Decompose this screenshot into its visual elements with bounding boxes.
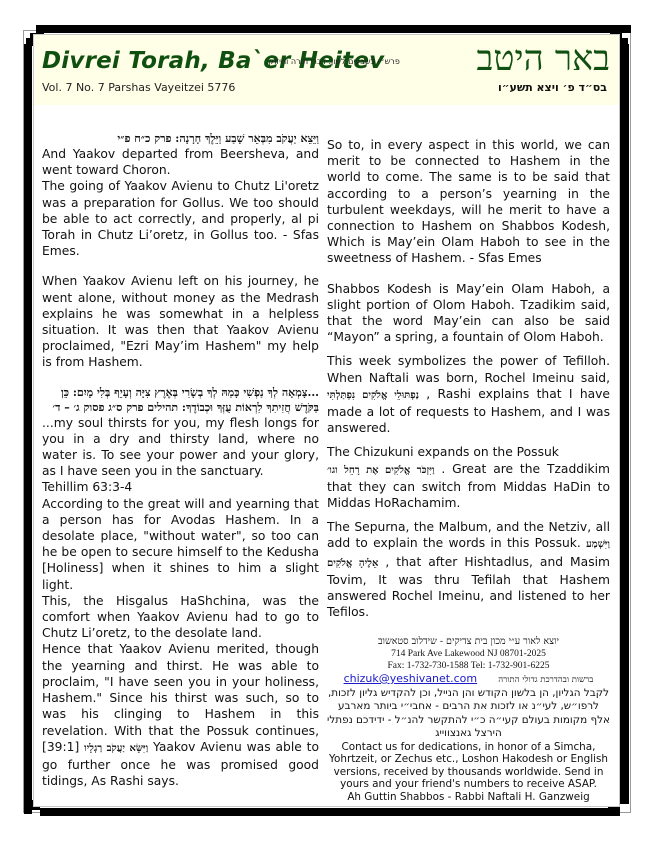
verse-hebrew-2: ...צָמְאָה לְךָ נַפְשִׁי כָּמַהּ לְךָ בְ… — [42, 385, 319, 415]
paragraph-shabbos-kodesh: Shabbos Kodesh is May’ein Olam Haboh, a … — [327, 281, 610, 346]
paragraph-world-to-come: So to, in every aspect in this world, we… — [327, 137, 610, 267]
verse-hebrew-1: וַיֵּצֵא יַעֲקֹב מִבְּאֵר שָׁבַע וַיֵּלֶ… — [42, 131, 319, 146]
paragraph-tefilloh: This week symbolizes the power of Tefill… — [327, 353, 610, 436]
publisher-hebrew: יוצא לאור ע״י מכון בית צדיקים - שידלוב ס… — [327, 635, 610, 648]
approval-hebrew: ברשות ובהדרכת גדולי התורה — [498, 675, 593, 685]
frame-bar-right — [620, 44, 629, 804]
verse-translation-2: ...my soul thirsts for you, my flesh lon… — [42, 415, 319, 480]
paragraph-chizukuni: The Chizukuni expands on the Possuk וַיִ… — [327, 444, 610, 511]
email-row: chizuk@yeshivanet.com ברשות ובהדרכת גדול… — [327, 672, 610, 687]
newsletter-page: Divrei Torah, Ba`er Heitev פרש״י בשבעים … — [33, 34, 620, 807]
frame-bar-left — [24, 44, 32, 814]
frame-bar-bottom — [40, 808, 620, 816]
verse-translation-1: And Yaakov departed from Beersheva, and … — [42, 146, 319, 178]
title-subtitle-hebrew: פרש״י בשבעים לשון. דברי תורה וחיזוק. — [266, 57, 400, 66]
phone-numbers: Fax: 1-732-730-1588 Tel: 1-732-901-6225 — [327, 660, 610, 672]
paragraph-sepurna: The Sepurna, the Malbum, and the Netziv,… — [327, 519, 610, 620]
address: 714 Park Ave Lakewood NJ 08701-2025 — [327, 648, 610, 660]
paragraph-journey: When Yaakov Avienu left on his journey, … — [42, 273, 319, 370]
title-hebrew: באר היטב — [476, 39, 610, 79]
inline-hebrew-vayizkor: וַיִּזְכֹּר אֱלֹקִים אֶת רָחֵל וגו׳ — [327, 465, 435, 476]
paragraph-merited: Hence that Yaakov Avienu merited, though… — [42, 641, 319, 789]
paragraph-gollus: The going of Yaakov Avienu to Chutz Li'o… — [42, 178, 319, 259]
signoff: Ah Guttin Shabbos - Rabbi Naftali H. Gan… — [327, 791, 610, 803]
footer: יוצא לאור ע״י מכון בית צדיקים - שידלוב ס… — [327, 635, 610, 803]
verse-reference: Tehillim 63:3-4 — [42, 479, 319, 495]
paragraph-yearning: According to the great will and yearning… — [42, 496, 319, 593]
email-link[interactable]: chizuk@yeshivanet.com — [344, 672, 478, 685]
issue-info-hebrew: בס״ד פ׳ ויצא תשע״ו — [498, 81, 607, 94]
subscribe-hebrew: לקבל הגליון, הן בלשון הקודש והן הנייל, ו… — [327, 687, 610, 740]
contact-english: Contact us for dedications, in honor of … — [327, 741, 610, 790]
paragraph-hisgalus: This, the Hisgalus HaShchina, was the co… — [42, 593, 319, 642]
inline-hebrew-naftuli: נַפְתּוּלֵי אֱלֹקִים נִפְתַּלְתִּי — [327, 390, 419, 401]
frame-bar-top — [36, 25, 631, 33]
left-column: וַיֵּצֵא יַעֲקֹב מִבְּאֵר שָׁבַע וַיֵּלֶ… — [42, 131, 319, 789]
masthead: Divrei Torah, Ba`er Heitev פרש״י בשבעים … — [34, 35, 619, 105]
issue-info-english: Vol. 7 No. 7 Parshas Vayeitzei 5776 — [42, 81, 235, 94]
inline-hebrew-verse: וַיִּשָּׂא יַעֲקֹב רַגְלָיו — [84, 743, 148, 754]
right-column: So to, in every aspect in this world, we… — [327, 137, 610, 620]
